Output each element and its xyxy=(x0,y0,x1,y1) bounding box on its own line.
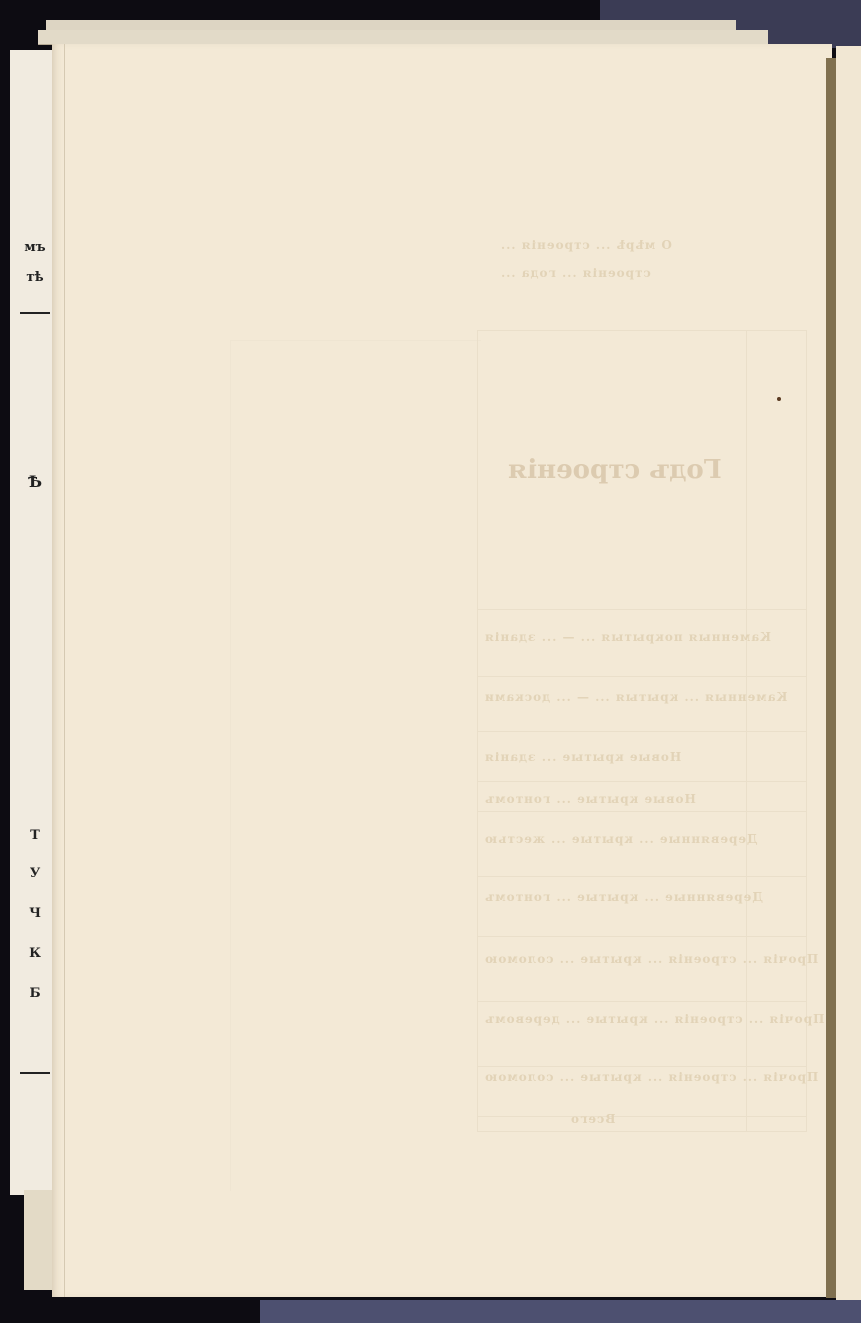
page-fold-line xyxy=(64,44,65,1297)
facing-page-edge xyxy=(836,46,861,1300)
ink-spot xyxy=(777,397,781,401)
margin-glyph: Б xyxy=(20,986,50,1001)
show-through-row: Новые крытые ... гонтомъ xyxy=(484,792,696,806)
show-through-row: Прочія ... строенія ... крытые ... солом… xyxy=(484,952,818,966)
show-through-row: Деревянные ... крытые ... гонтомъ xyxy=(484,890,763,904)
margin-glyph: У xyxy=(20,866,50,881)
show-through-row: Каменныя покрытыя ... — ... зданія xyxy=(484,630,771,644)
show-through-row: Новые крытые ... зданія xyxy=(484,750,681,764)
margin-rule xyxy=(20,1072,50,1074)
show-through-row: Деревянные ... крытые ... жестью xyxy=(484,832,758,846)
show-through-heading: Годъ строенія xyxy=(508,455,722,485)
show-through-row: Каменныя ... крытыя ... — ... досками xyxy=(484,690,787,704)
page-stack-edge xyxy=(38,30,768,45)
show-through-row: Прочія ... строенія ... крытые ... солом… xyxy=(484,1070,818,1084)
background-fabric-bottom xyxy=(260,1300,861,1323)
show-through-header: строенія ... года ... xyxy=(500,266,651,280)
margin-glyph: Ч xyxy=(20,906,50,921)
margin-glyph: мъ xyxy=(20,240,50,255)
margin-glyph: Т xyxy=(20,828,50,843)
margin-glyph: тѣ xyxy=(20,270,50,285)
show-through-header: О мѣрѣ ... строенія ... xyxy=(500,238,672,252)
binding-gutter xyxy=(826,58,836,1298)
left-margin-strip xyxy=(10,50,55,1195)
margin-rule xyxy=(20,312,50,314)
margin-glyph: Ѣ xyxy=(20,472,50,491)
left-frayed-pages xyxy=(24,1190,55,1290)
show-through-total: Всего xyxy=(570,1112,615,1126)
margin-glyph: К xyxy=(20,946,50,961)
show-through-table-left xyxy=(230,340,481,1191)
show-through-row: Прочія ... строенія ... крытые ... дерев… xyxy=(484,1012,824,1026)
